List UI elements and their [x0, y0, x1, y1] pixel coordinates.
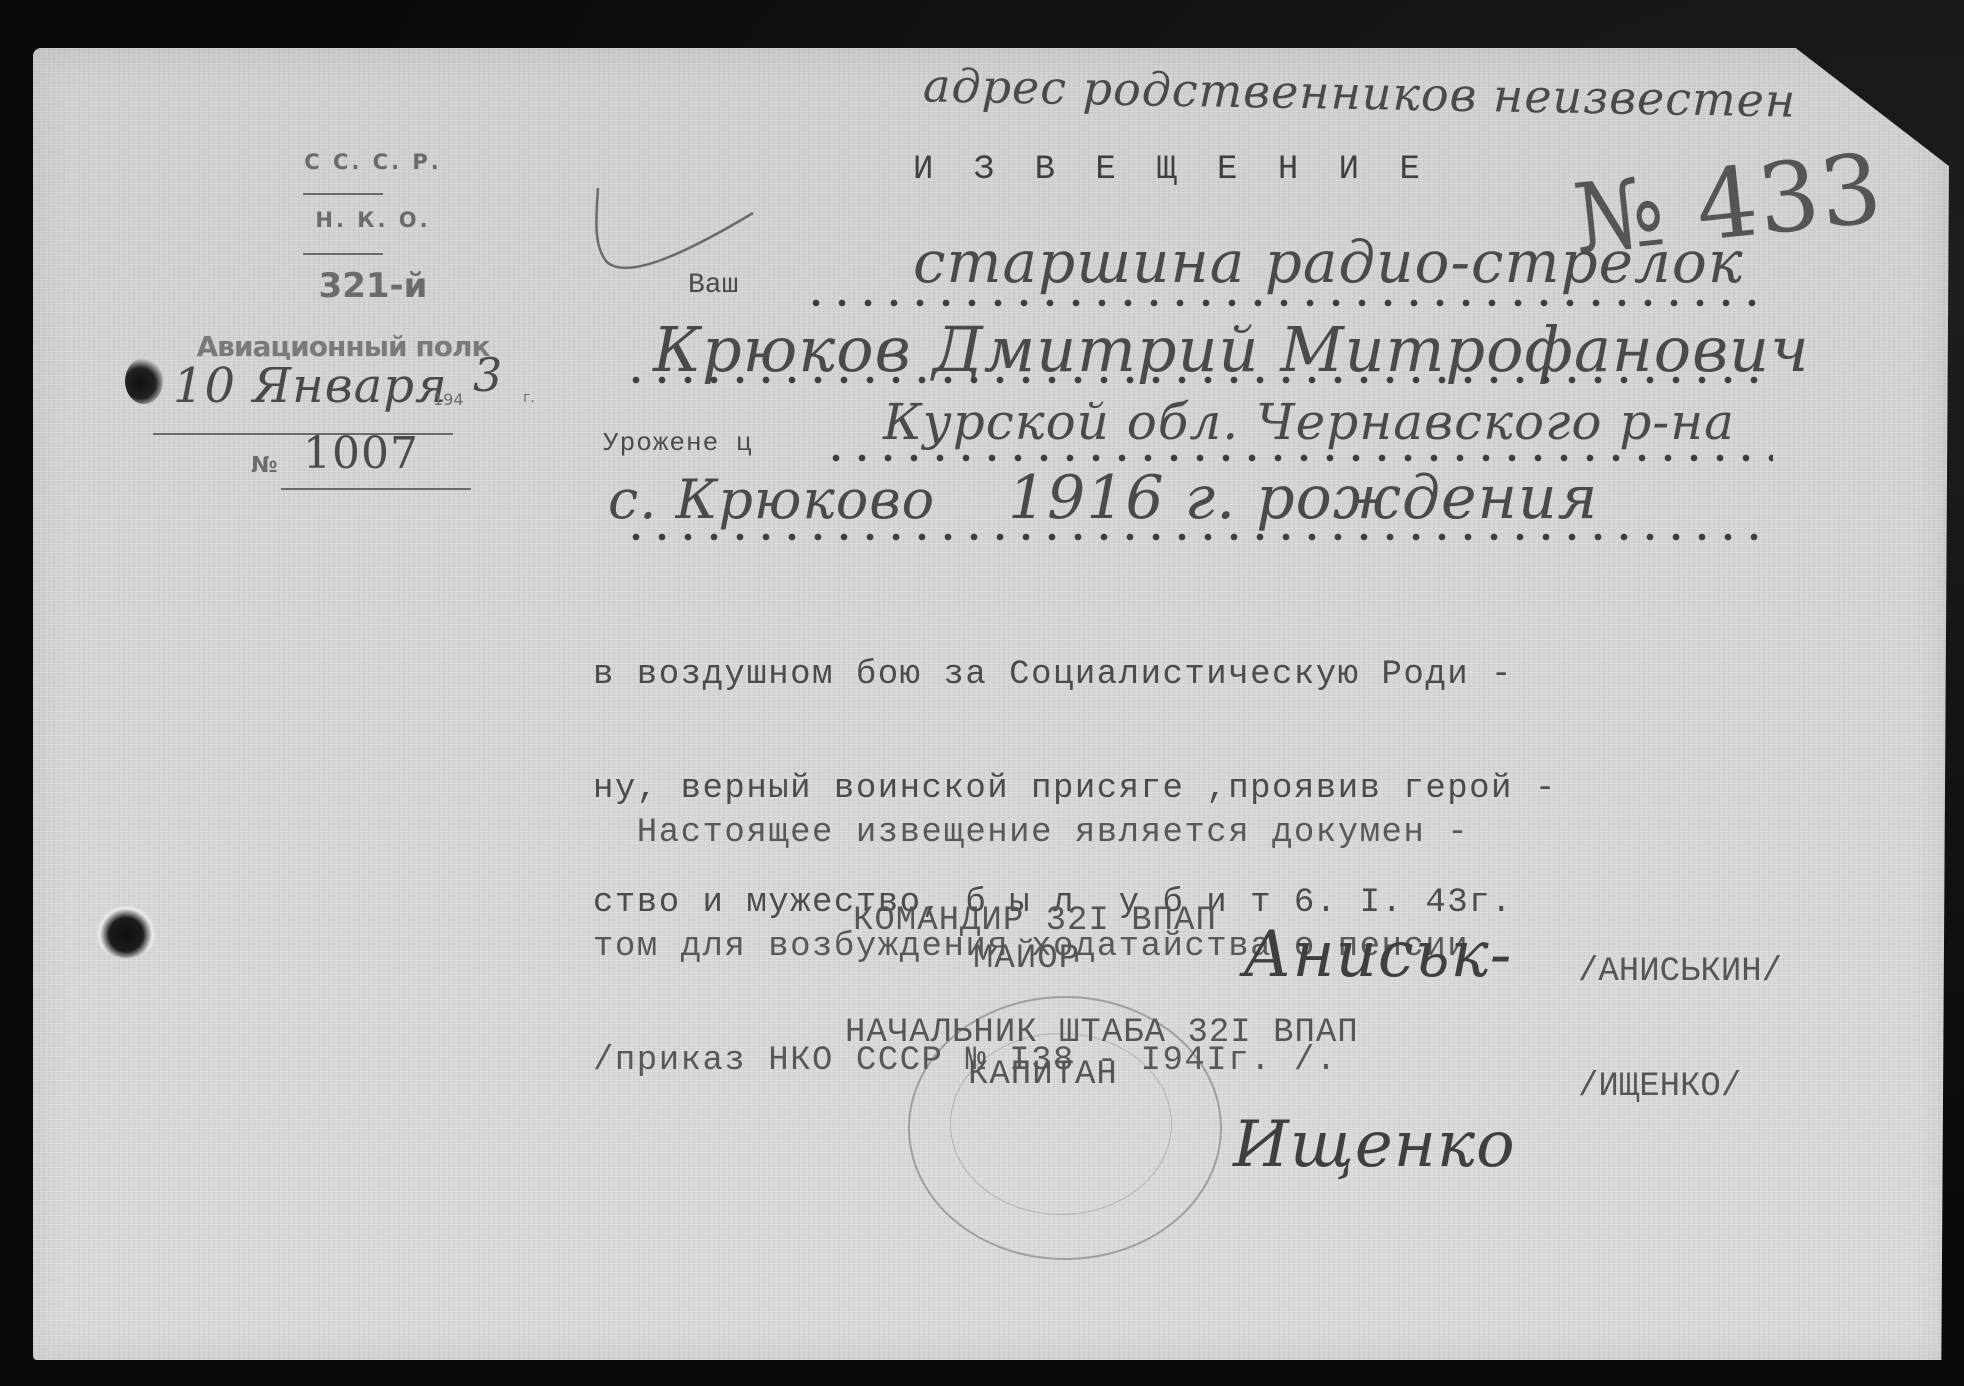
- stamp-year-suffix: г.: [523, 390, 535, 406]
- stamp-ministry: Н. К. О.: [273, 208, 473, 232]
- stamp-divider: [303, 253, 383, 255]
- dotted-line: [623, 533, 1773, 541]
- native-value-region: Курской обл. Чернавского р-на: [883, 393, 1735, 451]
- dotted-line: [623, 376, 1773, 384]
- rank-label: Ваш: [688, 270, 738, 301]
- birth-value: 1916 г. рождения: [1008, 463, 1598, 533]
- top-annotation: адрес родственников неизвестен: [923, 58, 1797, 127]
- commander-title: КОМАНДИР 32I ВПАП: [853, 902, 1217, 940]
- stamp-unit-number: 321-й: [273, 266, 473, 306]
- stamp-country: С С. С. Р.: [273, 150, 473, 174]
- stamp-year-handwritten: 3: [473, 348, 503, 402]
- chief-signature: Ищенко: [1233, 1108, 1516, 1182]
- page-title: И З В Е Щ Е Н И Е: [913, 151, 1430, 189]
- punch-hole: [95, 906, 157, 958]
- chief-name: /ИЩЕНКО/: [1578, 1068, 1741, 1106]
- commander-rank: МАЙОР: [973, 940, 1080, 978]
- stamp-date: 10 Января: [173, 358, 448, 414]
- number-underline: [281, 488, 471, 490]
- rank-value: старшина радио-стрелок: [913, 228, 1743, 296]
- document-paper: С С. С. Р. Н. К. О. 321-й Авиационный по…: [33, 48, 1949, 1360]
- dotted-line: [803, 299, 1773, 307]
- stamp-divider: [303, 193, 383, 195]
- dotted-line: [823, 454, 1773, 462]
- stamp-number-prefix: №: [251, 453, 277, 478]
- native-value-village: с. Крюково: [608, 468, 935, 531]
- stamp-number: 1007: [303, 428, 419, 479]
- native-label: Урожене ц: [603, 428, 752, 458]
- commander-signature: Аниськ-: [1243, 918, 1512, 992]
- body-line: в воздушном бою за Социалистическую Роди…: [593, 656, 1557, 694]
- chief-title: НАЧАЛЬНИК ШТАБА 32I ВПАП: [845, 1014, 1359, 1052]
- commander-name: /АНИСЬКИН/: [1578, 953, 1782, 991]
- punch-hole: [125, 358, 163, 404]
- stamp-year-printed: 194: [433, 390, 464, 409]
- body-line: Настоящее извещение является докумен -: [593, 814, 1469, 852]
- chief-rank: КАПИТАН: [968, 1056, 1118, 1094]
